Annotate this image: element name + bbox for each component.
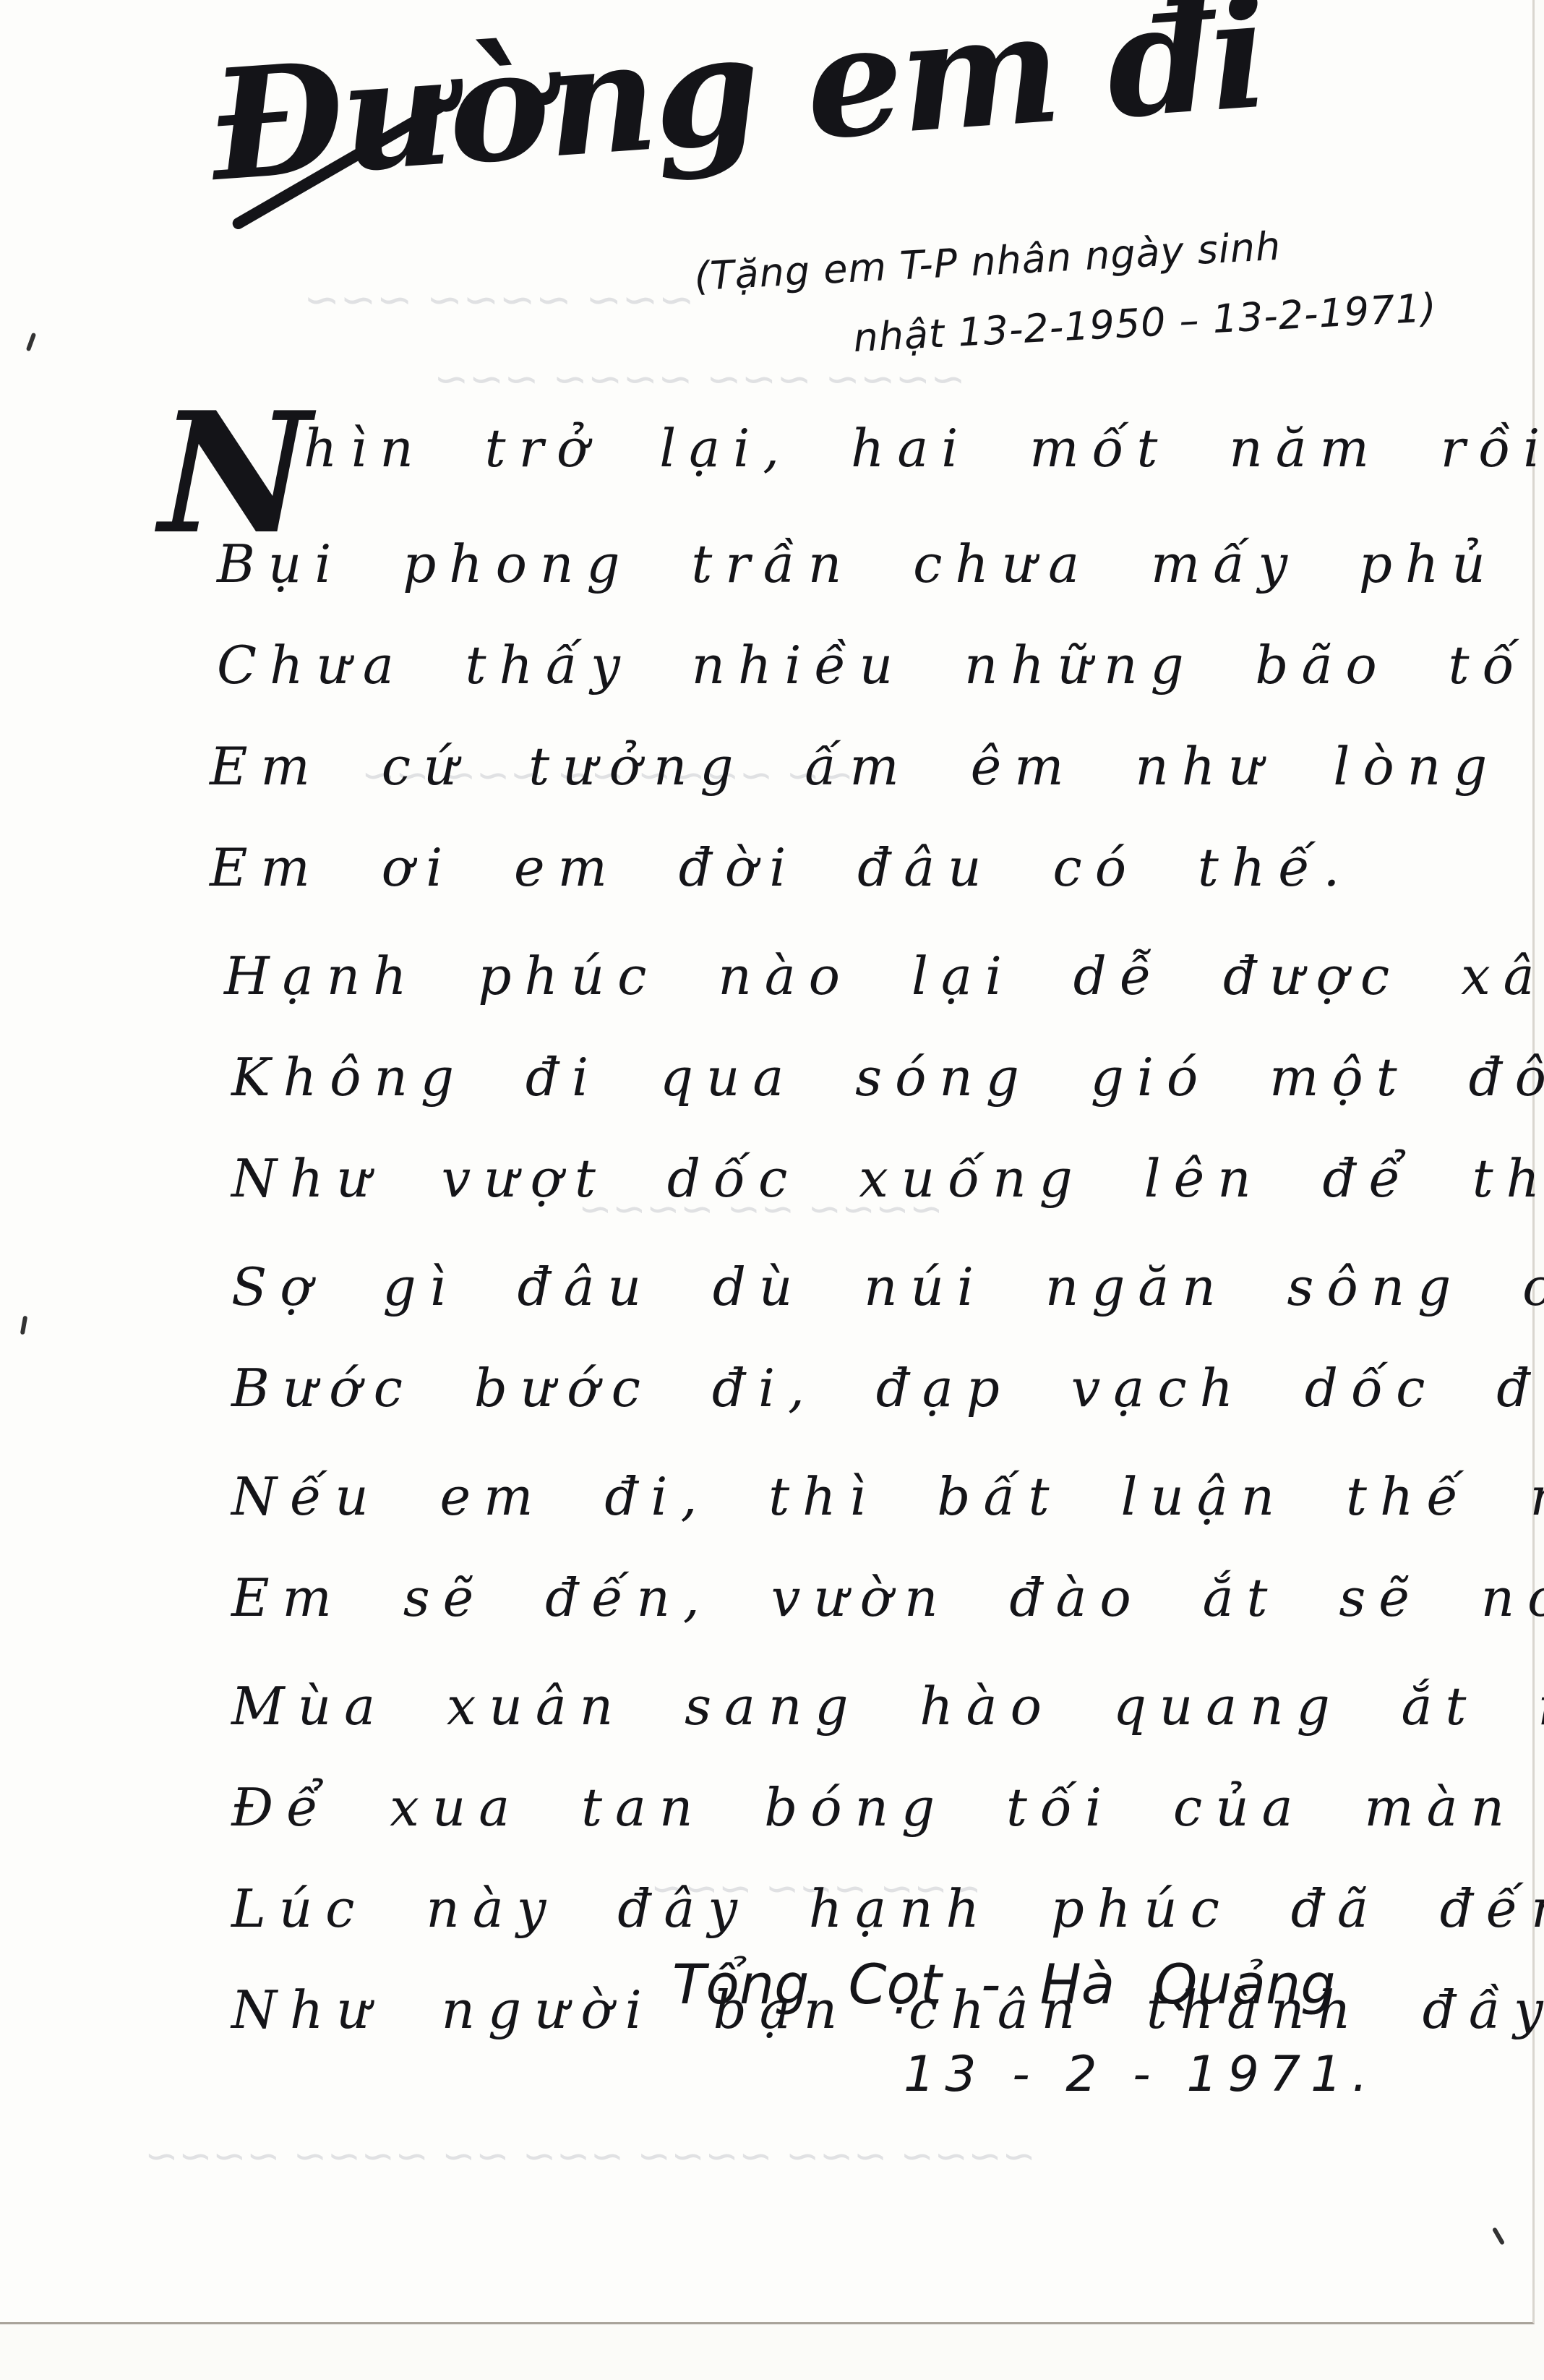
paper-speck <box>20 1316 27 1335</box>
bleed-through-text: ~~~ ~~~~ ~~~ <box>304 275 695 325</box>
signature-date: 13 - 2 - 1971. <box>904 2046 1378 2103</box>
dedication-line-2: nhật 13-2-1950 – 13-2-1971) <box>852 285 1438 361</box>
poem-line-11: Nếu em đi, thì bất luận thế nào <box>231 1439 1518 1554</box>
poem-line-15: Lúc này đây hạnh phúc đã đến bên <box>231 1851 1518 1966</box>
poem-body: N hìn trở lại, hai mốt năm rồi đấy. Bụi … <box>173 390 1518 2068</box>
poem-line-12: Em sẽ đến, vườn đào ắt sẽ nở. <box>231 1540 1518 1656</box>
manuscript-page: ~~~ ~~~~ ~~~ ~~~~ ~~~ ~~~~ ~~~ ~~ ~~~~ ~… <box>0 0 1535 2324</box>
poem-line-3: Chưa thấy nhiều những bão tố mưa đêm. <box>217 607 1518 723</box>
poem-line-5: Em ơi em đời đâu có thế. <box>210 810 1518 925</box>
poem-line-2: Bụi phong trần chưa mấy phủ đời em <box>217 506 1518 622</box>
poem-line-7: Không đi qua sóng gió một đôi lần <box>231 1019 1518 1135</box>
poem-line-13: Mùa xuân sang hào quang ắt rực rỡ. <box>231 1648 1518 1764</box>
poem-line-14: Để xua tan bóng tối của màn đêm. <box>231 1750 1518 1865</box>
dedication-line-1: (Tặng em T-P nhân ngày sinh <box>693 223 1282 299</box>
bleed-through-text: ~~~~ ~~~ ~~~~ ~~~ ~~ ~~~~ ~~~~ <box>145 2133 1036 2180</box>
poem-line-4: Em cứ tưởng ấm êm như lòng mẹ. <box>210 709 1518 824</box>
poem-line-10: Bước bước đi, đạp vạch dốc đèo cao. <box>231 1330 1518 1446</box>
poem-line-6: Hạnh phúc nào lại dễ được xây nên. <box>224 918 1518 1034</box>
poem-line-8: Như vượt dốc xuống lên để thử thách. <box>231 1121 1518 1236</box>
paper-speck <box>1492 2227 1505 2246</box>
poem-line-text: hìn trở lại, hai mốt năm rồi đấy. <box>304 418 1544 479</box>
poem-title: Đường em đi <box>206 0 1270 202</box>
poem-line-9: Sợ gì đâu dù núi ngăn sông cách. <box>231 1229 1518 1345</box>
poem-line-1: N hìn trở lại, hai mốt năm rồi đấy. <box>173 390 1518 506</box>
paper-speck <box>26 333 37 351</box>
author-signature: Tổng Cọt - Hà Quảng <box>672 1952 1335 2016</box>
